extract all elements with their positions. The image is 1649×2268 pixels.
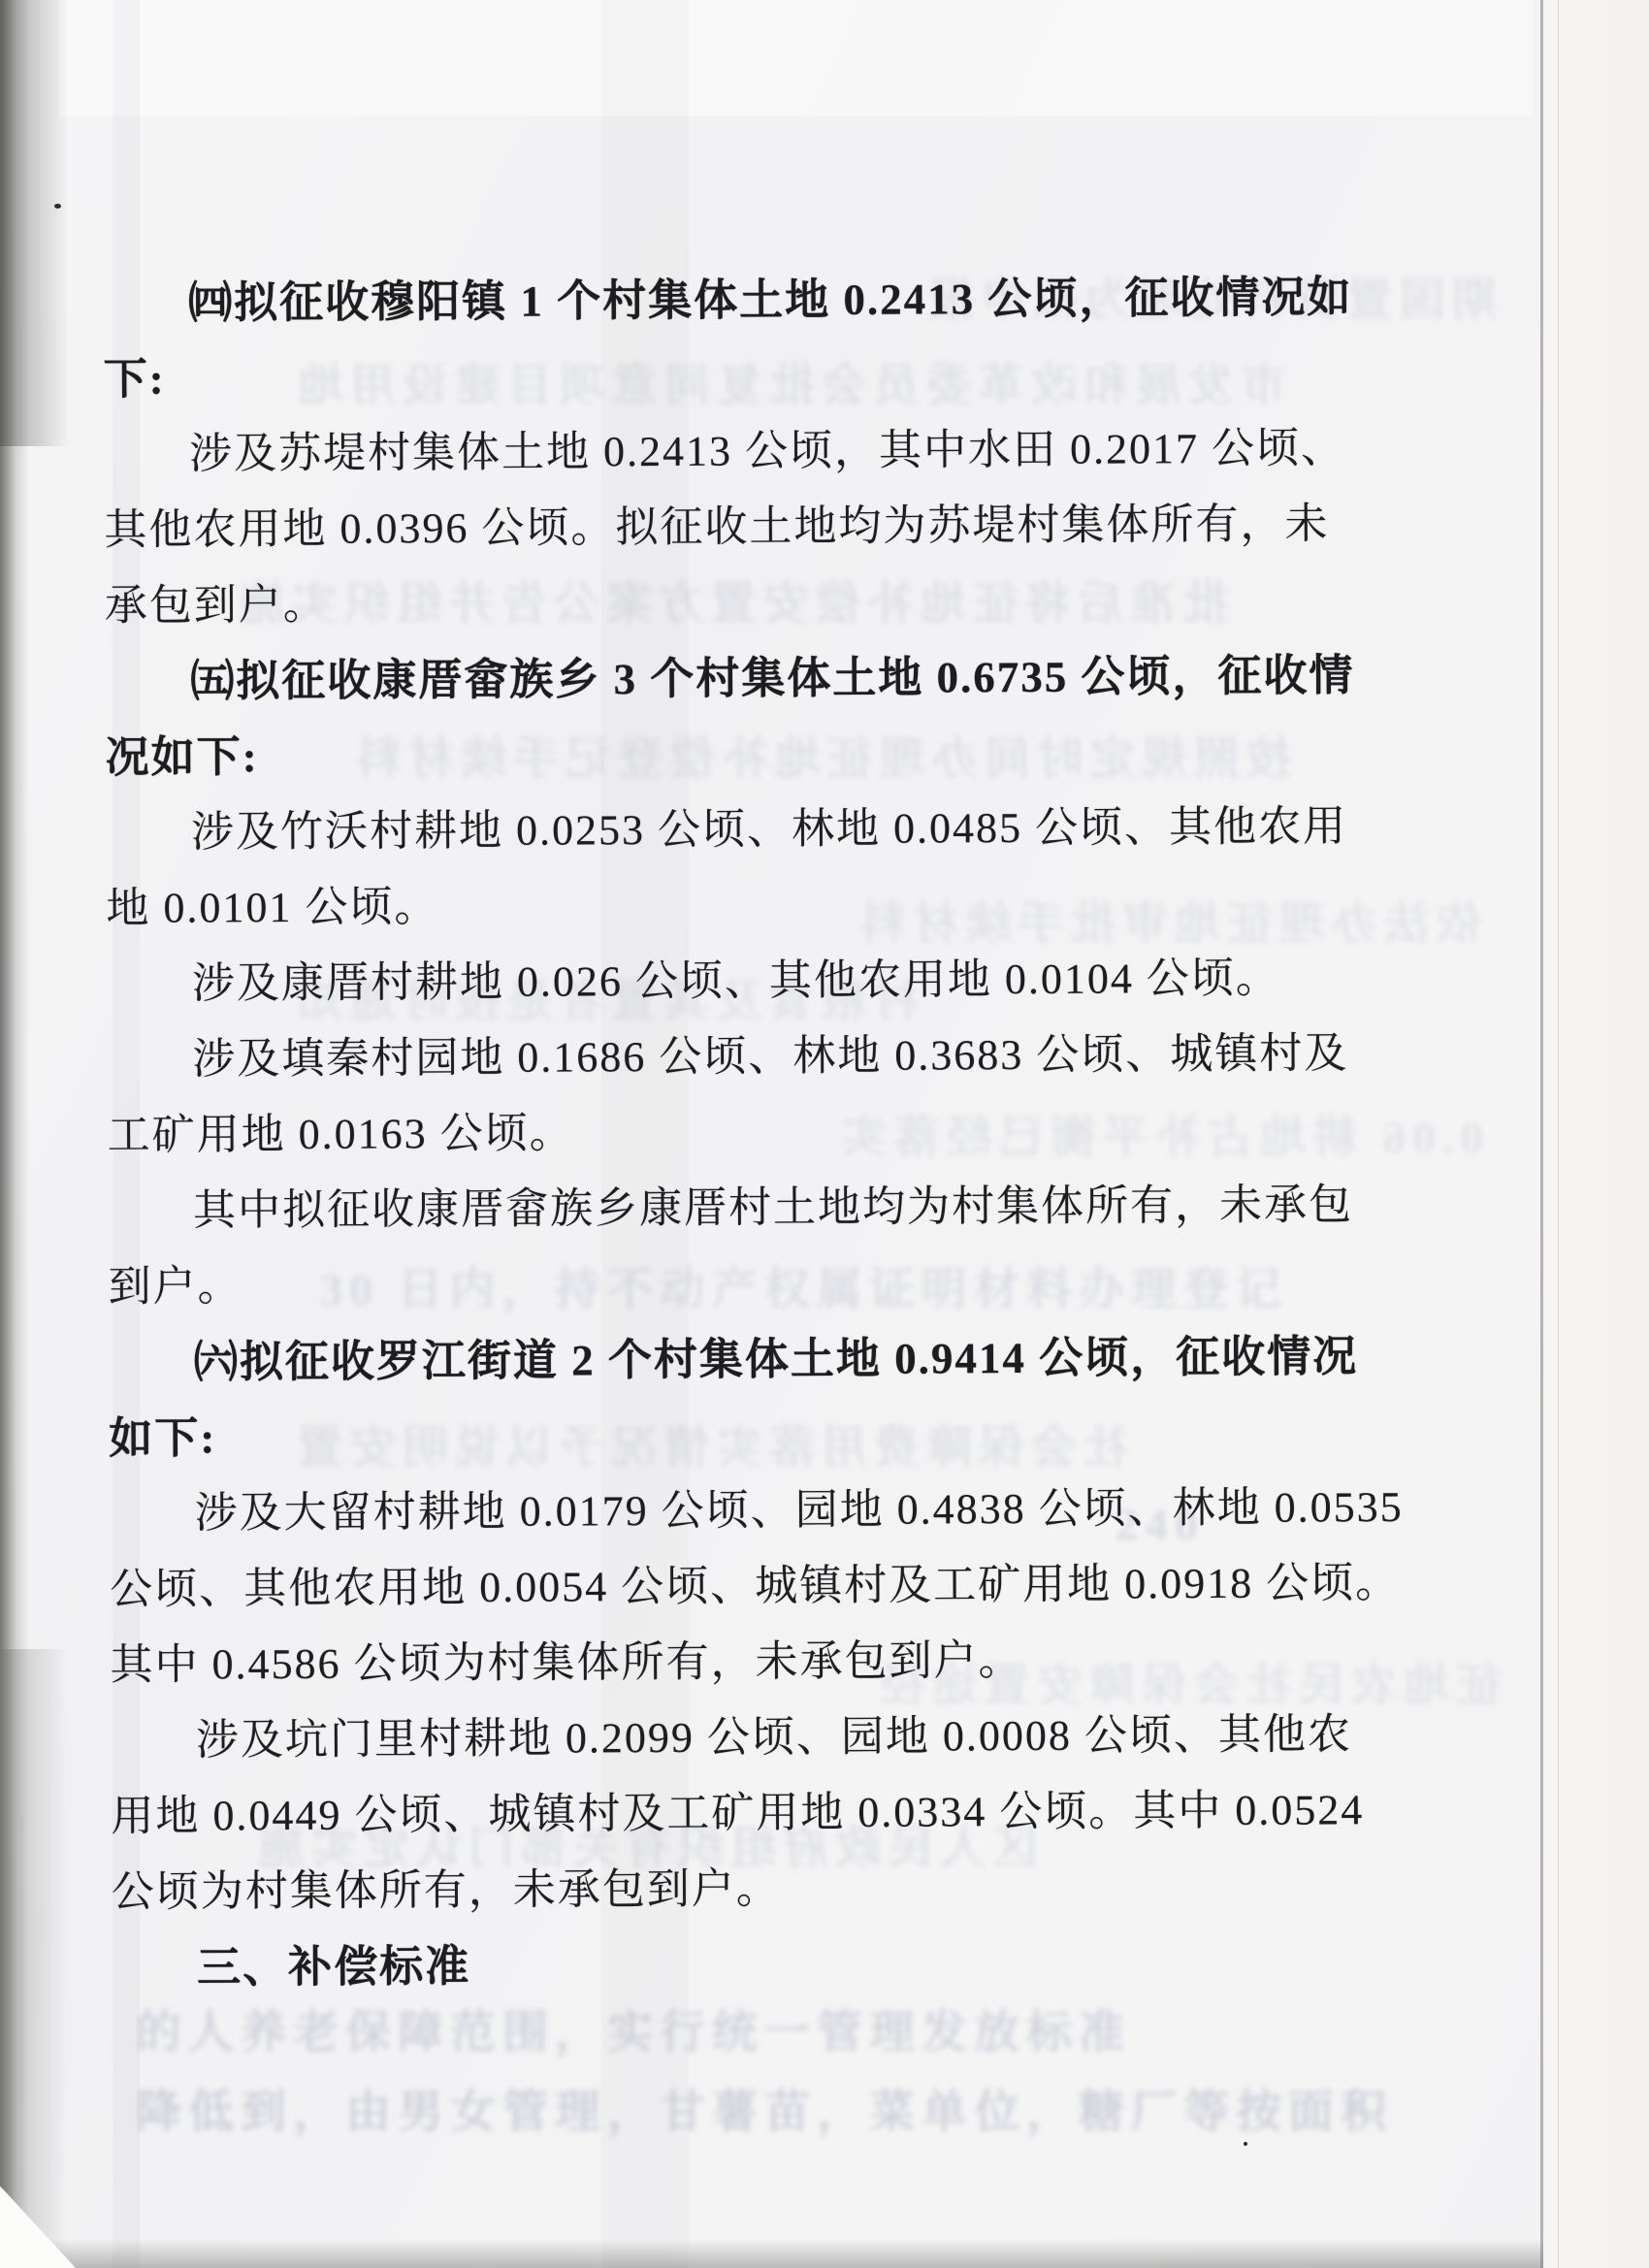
top-left-corner-shadow	[0, 0, 92, 446]
paragraph: 涉及竹沃村耕地 0.0253 公顷、林地 0.0485 公顷、其他农用地 0.0…	[106, 788, 1533, 947]
text-line: 其中 0.4586 公顷为村集体所有，未承包到户。	[110, 1620, 1536, 1703]
scanner-background	[1543, 0, 1649, 2268]
text-line: 公顷为村集体所有，未承包到户。	[112, 1847, 1537, 1930]
text-line: 涉及苏堤村集体土地 0.2413 公顷，其中水田 0.2017 公顷、	[104, 409, 1530, 493]
text-line: 涉及填秦村园地 0.1686 公顷、林地 0.3683 公顷、城镇村及	[107, 1015, 1533, 1098]
text-line: 公顷、其他农用地 0.0054 公顷、城镇村及工矿用地 0.0918 公顷。	[110, 1544, 1536, 1628]
text-line: 其他农用地 0.0396 公顷。拟征收土地均为苏堤村集体所有，未	[104, 485, 1530, 568]
scan-speck	[1244, 2142, 1247, 2146]
text-line: 用地 0.0449 公顷、城镇村及工矿用地 0.0334 公顷。其中 0.052…	[111, 1771, 1536, 1855]
paragraph: 涉及苏堤村集体土地 0.2413 公顷，其中水田 0.2017 公顷、其他农用地…	[104, 409, 1531, 644]
text-line: 承包到户。	[105, 561, 1531, 644]
paragraph: 涉及填秦村园地 0.1686 公顷、林地 0.3683 公顷、城镇村及工矿用地 …	[107, 1015, 1534, 1174]
text-line: 涉及竹沃村耕地 0.0253 公顷、林地 0.0485 公顷、其他农用	[106, 788, 1532, 871]
text-line: 如下:	[109, 1393, 1535, 1476]
text-line: 下:	[103, 334, 1529, 417]
scan-speck	[54, 204, 61, 209]
text-line: 工矿用地 0.0163 公顷。	[107, 1090, 1533, 1174]
scanned-page: 期国置资料处理为拟申报市发展和改革委员会批复同意项目建设用地批准后将征地补偿安置…	[0, 0, 1649, 2268]
paragraph: 其中拟征收康厝畲族乡康厝村土地均为村集体所有，未承包到户。	[108, 1166, 1535, 1325]
text-line: 三、补偿标准	[112, 1923, 1537, 2006]
paper-right-edge-inner	[1558, 0, 1559, 2268]
paragraph: 涉及坑门里村耕地 0.2099 公顷、园地 0.0008 公顷、其他农用地 0.…	[111, 1696, 1537, 1930]
text-line: 其中拟征收康厝畲族乡康厝村土地均为村集体所有，未承包	[108, 1166, 1534, 1249]
text-line: 涉及大留村耕地 0.0179 公顷、园地 0.4838 公顷、林地 0.0535	[110, 1469, 1536, 1552]
text-line: 地 0.0101 公顷。	[106, 863, 1532, 947]
bottom-left-edge-shadow	[0, 1649, 68, 2268]
text-line: ㈤拟征收康厝畲族乡 3 个村集体土地 0.6735 公顷，征收情	[105, 636, 1531, 720]
bleedthrough-text: 的人养老保障范围，实行统一管理发放标准	[136, 1996, 1131, 2061]
section-heading: ㈣拟征收穆阳镇 1 个村集体土地 0.2413 公顷，征收情况如下:	[103, 258, 1530, 417]
text-line: ㈣拟征收穆阳镇 1 个村集体土地 0.2413 公顷，征收情况如	[103, 258, 1529, 341]
section-heading: ㈥拟征收罗江街道 2 个村集体土地 0.9414 公顷，征收情况如下:	[109, 1317, 1536, 1476]
section-heading: 三、补偿标准	[112, 1923, 1537, 2006]
paragraph: 涉及康厝村耕地 0.026 公顷、其他农用地 0.0104 公顷。	[107, 939, 1533, 1022]
text-line: ㈥拟征收罗江街道 2 个村集体土地 0.9414 公顷，征收情况	[109, 1317, 1535, 1401]
text-line: 况如下:	[105, 712, 1531, 795]
paper-highlight	[58, 0, 1533, 116]
text-line: 涉及坑门里村耕地 0.2099 公顷、园地 0.0008 公顷、其他农	[111, 1696, 1536, 1779]
text-line: 到户。	[108, 1242, 1534, 1325]
bottom-edge-shadow	[0, 2239, 1649, 2268]
text-line: 涉及康厝村耕地 0.026 公顷、其他农用地 0.0104 公顷。	[107, 939, 1533, 1022]
section-heading: ㈤拟征收康厝畲族乡 3 个村集体土地 0.6735 公顷，征收情况如下:	[105, 636, 1532, 795]
bleedthrough-text: 降低到，由男女管理，甘薯苗，菜单位，糖厂等按面积	[136, 2076, 1393, 2141]
document-text: ㈣拟征收穆阳镇 1 个村集体土地 0.2413 公顷，征收情况如下:涉及苏堤村集…	[103, 258, 1537, 2006]
paragraph: 涉及大留村耕地 0.0179 公顷、园地 0.4838 公顷、林地 0.0535…	[110, 1469, 1536, 1703]
